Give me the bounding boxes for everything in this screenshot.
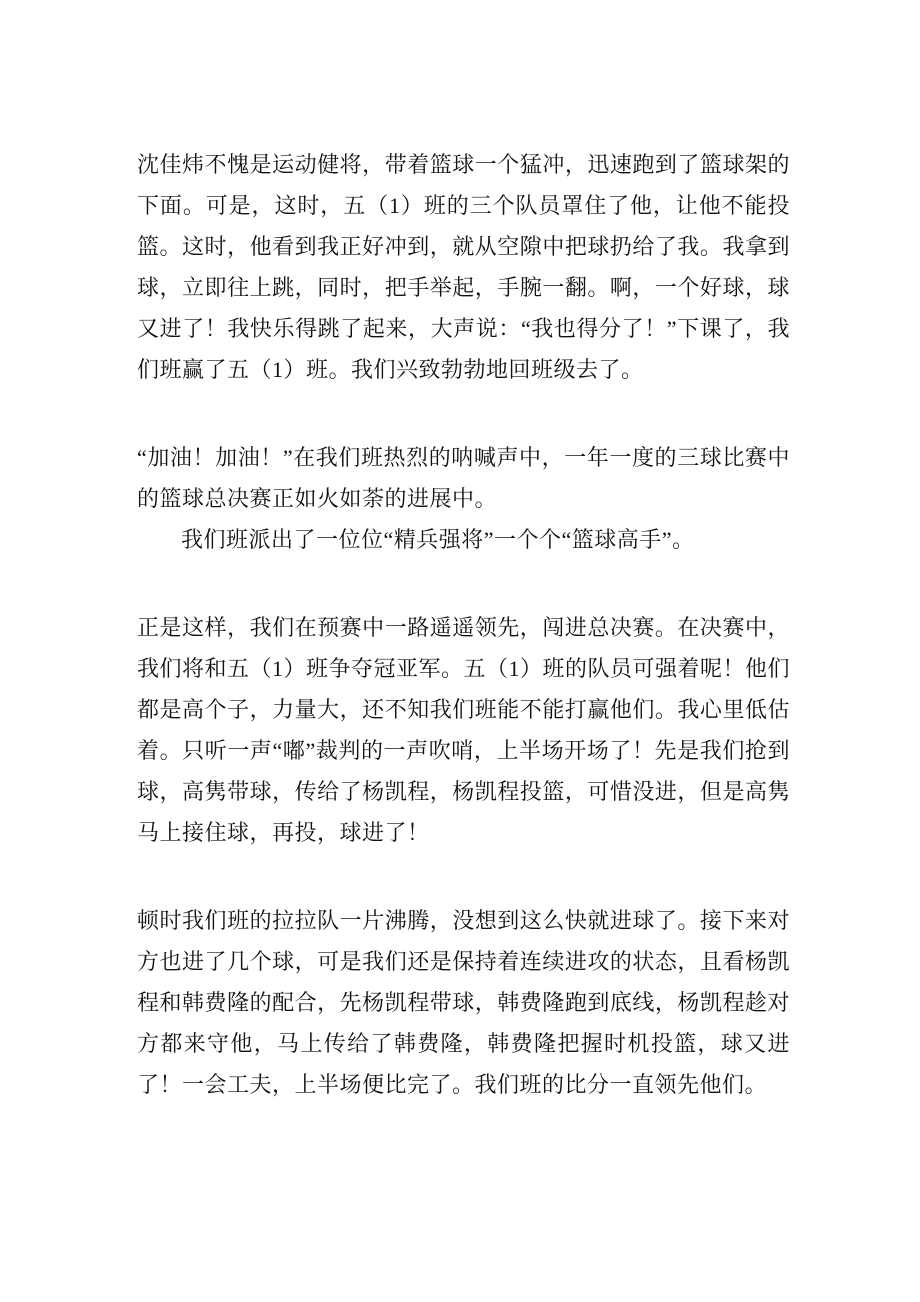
paragraph-cheering-intro: “加油！加油！”在我们班热烈的呐喊声中，一年一度的三球比赛中的篮球总决赛正如火如… [137,437,790,519]
paragraph-finals-first-half: 正是这样，我们在预赛中一路遥遥领先，闯进总决赛。在决赛中，我们将和五（1）班争夺… [137,607,790,853]
document-page: 沈佳炜不愧是运动健将，带着篮球一个猛冲，迅速跑到了篮球架的下面。可是，这时，五（… [0,0,920,1302]
paragraph-team-lineup: 我们班派出了一位位“精兵强将”一个个“篮球高手”。 [137,519,790,560]
paragraph-basketball-dunk-scene: 沈佳炜不愧是运动健将，带着篮球一个猛冲，迅速跑到了篮球架的下面。可是，这时，五（… [137,144,790,390]
paragraph-crowd-and-score: 顿时我们班的拉拉队一片沸腾，没想到这么快就进球了。接下来对方也进了几个球，可是我… [137,900,790,1105]
